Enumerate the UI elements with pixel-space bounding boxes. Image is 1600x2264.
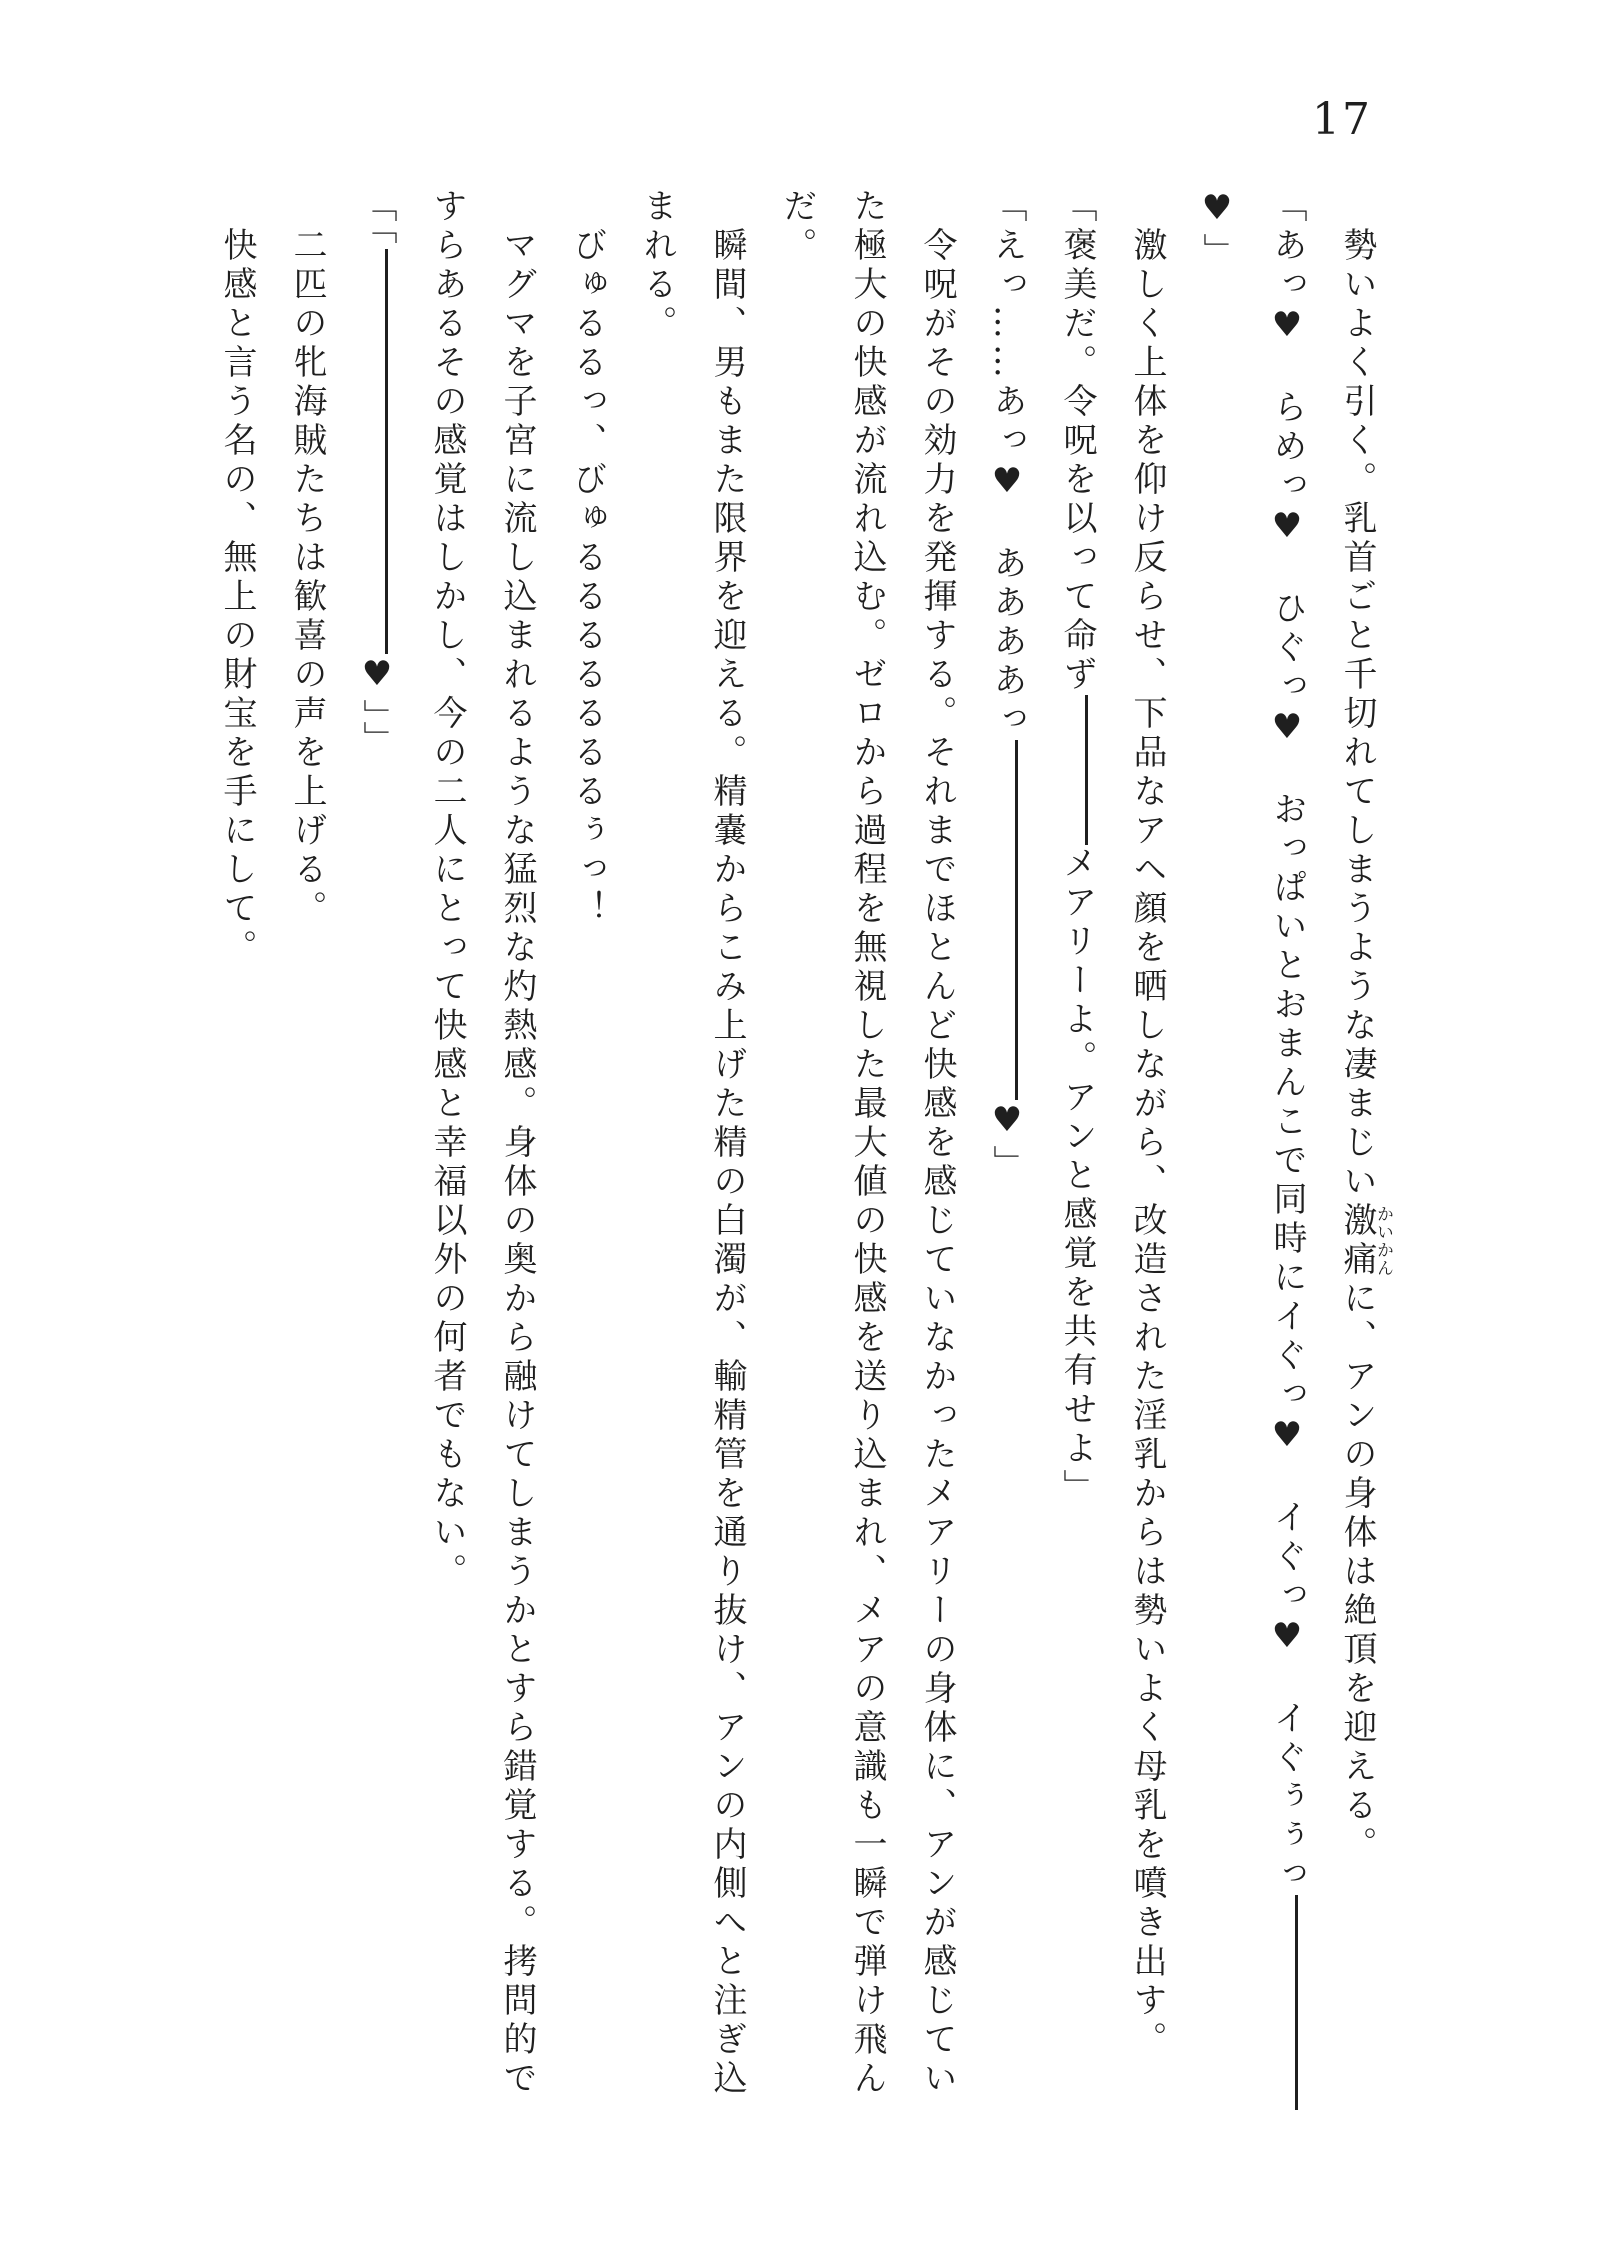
text-run: ♥」」 — [357, 654, 397, 760]
text-line: まれる。 — [622, 188, 692, 2180]
text-line: た極大の快感が流れ込む。ゼロから過程を無視した最大値の快感を送り込まれ、メアの意… — [832, 188, 902, 2180]
page: 17 勢いよく引く。乳首ごと千切れてしまうような凄まじい激痛かいかんに、アンの身… — [0, 0, 1600, 2264]
text-run: 令呪がその効力を発揮する。それまでほとんど快感を感じていなかったメアリーの身体に… — [917, 227, 957, 2099]
text-run: だ。 — [777, 188, 817, 266]
ruby-furigana: かいかん — [1373, 1202, 1393, 1280]
text-run: 「褒美だ。令呪を以って命ず — [1057, 188, 1097, 695]
long-dash-rule — [385, 249, 388, 654]
text-line: 「えっ……あっ♥ ああああっ♥」 — [972, 188, 1042, 2180]
text-block: 勢いよく引く。乳首ごと千切れてしまうような凄まじい激痛かいかんに、アンの身体は絶… — [202, 188, 1392, 2180]
long-dash-rule — [1295, 1895, 1298, 2110]
text-run: すらあるその感覚はしかし、今の二人にとって快感と幸福以外の何者でもない。 — [427, 188, 467, 1592]
text-run: 二匹の牝海賊たちは歓喜の声を上げる。 — [287, 227, 327, 929]
page-number: 17 — [1312, 98, 1372, 142]
text-run: 激しく上体を仰け反らせ、下品なアヘ顔を晒しながら、改造された淫乳からは勢いよく母… — [1127, 227, 1167, 2060]
text-line: 令呪がその効力を発揮する。それまでほとんど快感を感じていなかったメアリーの身体に… — [902, 188, 972, 2180]
long-dash-rule — [1085, 695, 1088, 845]
text-line: 快感と言う名の、無上の財宝を手にして。 — [202, 188, 272, 2180]
text-run: 勢いよく引く。乳首ごと千切れてしまうような凄まじい — [1337, 227, 1377, 1202]
text-line: だ。 — [762, 188, 832, 2180]
text-run: ♥」 — [987, 1100, 1027, 1184]
text-line: びゅるるっ、びゅるるるるるるるぅっ！ — [552, 188, 622, 2180]
text-line: 勢いよく引く。乳首ごと千切れてしまうような凄まじい激痛かいかんに、アンの身体は絶… — [1322, 188, 1392, 2180]
text-line: すらあるその感覚はしかし、今の二人にとって快感と幸福以外の何者でもない。 — [412, 188, 482, 2180]
text-run: びゅるるっ、びゅるるるるるるるぅっ！ — [567, 227, 607, 929]
ruby-base: 激痛 — [1337, 1202, 1377, 1280]
text-run: 「えっ……あっ♥ ああああっ — [987, 188, 1027, 740]
text-line: 「「♥」」 — [342, 188, 412, 2180]
text-run: に、アンの身体は絶頂を迎える。 — [1337, 1280, 1377, 1865]
text-line: 瞬間、男もまた限界を迎える。精嚢からこみ上げた精の白濁が、輸精管を通り抜け、アン… — [692, 188, 762, 2180]
text-line: 二匹の牝海賊たちは歓喜の声を上げる。 — [272, 188, 342, 2180]
text-run: 「あっ♥ らめっ♥ ひぐっ♥ おっぱいとおまんこで同時にイぐっ♥ イぐっ♥ イぐ… — [1267, 188, 1307, 1895]
text-run: マグマを子宮に流し込まれるような猛烈な灼熱感。身体の奥から融けてしまうかとすら錯… — [497, 227, 537, 2099]
ruby-word: 激痛かいかん — [1337, 1202, 1377, 1280]
text-run: 「「 — [357, 188, 397, 249]
text-line: 激しく上体を仰け反らせ、下品なアヘ顔を晒しながら、改造された淫乳からは勢いよく母… — [1112, 188, 1182, 2180]
text-run: 快感と言う名の、無上の財宝を手にして。 — [217, 227, 257, 968]
long-dash-rule — [1015, 740, 1018, 1100]
book-page-scan: { "page": { "number": "17", "background"… — [0, 0, 1600, 2264]
text-line: ♥」 — [1182, 188, 1252, 2180]
text-run: まれる。 — [637, 188, 677, 344]
text-run: メアリーよ。アンと感覚を共有せよ」 — [1057, 845, 1097, 1508]
text-line: マグマを子宮に流し込まれるような猛烈な灼熱感。身体の奥から融けてしまうかとすら錯… — [482, 188, 552, 2180]
text-run: た極大の快感が流れ込む。ゼロから過程を無視した最大値の快感を送り込まれ、メアの意… — [847, 188, 887, 2099]
text-line: 「あっ♥ らめっ♥ ひぐっ♥ おっぱいとおまんこで同時にイぐっ♥ イぐっ♥ イぐ… — [1252, 188, 1322, 2180]
text-line: 「褒美だ。令呪を以って命ずメアリーよ。アンと感覚を共有せよ」 — [1042, 188, 1112, 2180]
text-run: ♥」 — [1197, 188, 1237, 272]
text-run: 瞬間、男もまた限界を迎える。精嚢からこみ上げた精の白濁が、輸精管を通り抜け、アン… — [707, 227, 747, 2099]
